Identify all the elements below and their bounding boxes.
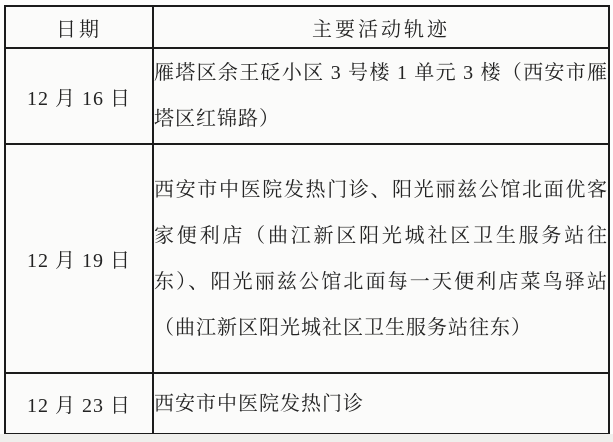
- table-row-dec19: 12 月 19 日 西安市中医院发热门诊、阳光丽兹公馆北面优客家便利店（曲江新区…: [5, 144, 609, 373]
- document-page: 日期 主要活动轨迹 12 月 16 日 雁塔区余王砭小区 3 号楼 1 单元 3…: [0, 0, 613, 442]
- track-cell: 西安市中医院发热门诊: [153, 373, 609, 434]
- date-cell: 12 月 16 日: [5, 48, 153, 144]
- date-cell: 12 月 23 日: [5, 373, 153, 434]
- table-row-dec23: 12 月 23 日 西安市中医院发热门诊: [5, 373, 609, 434]
- page-edge-shadow: [0, 434, 613, 442]
- date-cell: 12 月 19 日: [5, 144, 153, 373]
- track-cell: 雁塔区余王砭小区 3 号楼 1 单元 3 楼（西安市雁塔区红锦路）: [153, 48, 609, 144]
- column-header-track: 主要活动轨迹: [153, 6, 609, 48]
- activity-track-table: 日期 主要活动轨迹 12 月 16 日 雁塔区余王砭小区 3 号楼 1 单元 3…: [4, 5, 610, 435]
- track-cell: 西安市中医院发热门诊、阳光丽兹公馆北面优客家便利店（曲江新区阳光城社区卫生服务站…: [153, 144, 609, 373]
- table-row-dec16: 12 月 16 日 雁塔区余王砭小区 3 号楼 1 单元 3 楼（西安市雁塔区红…: [5, 48, 609, 144]
- column-header-date: 日期: [5, 6, 153, 48]
- table-header-row: 日期 主要活动轨迹: [5, 6, 609, 48]
